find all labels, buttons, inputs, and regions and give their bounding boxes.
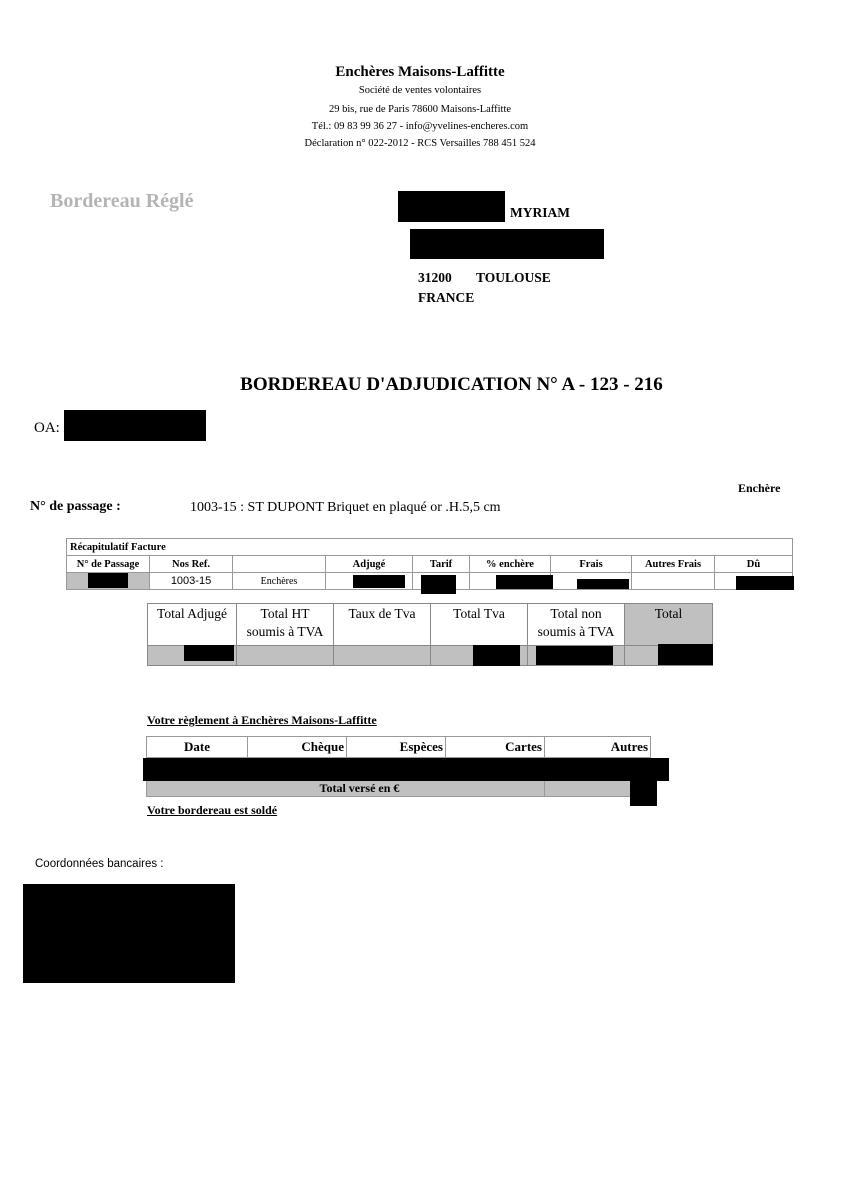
redacted-frais: [577, 579, 629, 589]
redacted-bank-details: [23, 884, 235, 983]
col-date: Date: [147, 737, 248, 758]
header-line: soumis à TVA: [538, 624, 615, 639]
redacted-total-verse: [630, 780, 657, 806]
total-tva-header: Total Tva: [431, 604, 528, 646]
col-especes: Espèces: [347, 737, 446, 758]
total-verse-label: Total versé en €: [147, 781, 545, 797]
total-adjuge-header: Total Adjugé: [148, 604, 237, 646]
passage-value: 1003-15 : ST DUPONT Briquet en plaqué or…: [190, 500, 501, 516]
total-non-soumis-header: Total nonsoumis à TVA: [528, 604, 625, 646]
payment-header-row: Date Chèque Espèces Cartes Autres: [147, 737, 651, 758]
col-passage: N° de Passage: [67, 556, 150, 573]
payment-status: Votre bordereau est soldé: [147, 803, 277, 818]
company-contact: Tél.: 09 83 99 36 27 - info@yvelines-enc…: [220, 121, 620, 132]
header-line: Total non: [550, 606, 601, 621]
redacted-total: [658, 644, 713, 665]
taux-tva-value: [334, 646, 431, 666]
cell-type: Enchères: [233, 573, 326, 590]
redacted-street: [410, 229, 604, 259]
recipient-country: FRANCE: [418, 290, 474, 306]
total-header: Total: [625, 604, 713, 646]
redacted-du: [736, 576, 794, 590]
col-du: Dû: [715, 556, 793, 573]
col-pct-enchere: % enchère: [470, 556, 551, 573]
payment-total-row: Total versé en €: [147, 781, 651, 797]
passage-label: N° de passage :: [30, 499, 121, 515]
col-adjuge: Adjugé: [326, 556, 413, 573]
oa-label: OA:: [34, 420, 60, 437]
document-title: BORDEREAU D'ADJUDICATION N° A - 123 - 21…: [0, 374, 848, 396]
header-line: soumis à TVA: [247, 624, 324, 639]
recipient-city: TOULOUSE: [476, 270, 551, 286]
taux-tva-header: Taux de Tva: [334, 604, 431, 646]
total-ht-header: Total HTsoumis à TVA: [237, 604, 334, 646]
col-frais: Frais: [551, 556, 632, 573]
redacted-adjuge: [353, 575, 405, 588]
col-cheque: Chèque: [248, 737, 347, 758]
cell-ref: 1003-15: [150, 573, 233, 590]
header-line: Total HT: [261, 606, 310, 621]
recipient-first-name: MYRIAM: [510, 205, 570, 221]
company-address: 29 bis, rue de Paris 78600 Maisons-Laffi…: [220, 104, 620, 115]
enchere-label: Enchère: [738, 481, 780, 496]
paid-stamp: Bordereau Réglé: [50, 190, 194, 213]
recap-header-row: N° de Passage Nos Ref. Adjugé Tarif % en…: [67, 556, 793, 573]
totals-header-row: Total Adjugé Total HTsoumis à TVA Taux d…: [148, 604, 713, 646]
col-autres: Autres: [545, 737, 651, 758]
redacted-tarif: [421, 575, 456, 594]
total-ht-value: [237, 646, 334, 666]
recipient-postal-code: 31200: [418, 270, 452, 286]
redacted-total-tva: [473, 645, 520, 666]
company-name: Enchères Maisons-Laffitte: [220, 64, 620, 81]
col-ref: Nos Ref.: [150, 556, 233, 573]
redacted-payment-row: [143, 758, 669, 781]
col-autres-frais: Autres Frais: [632, 556, 715, 573]
redacted-total-non-soumis: [536, 646, 613, 665]
company-subtitle: Société de ventes volontaires: [220, 85, 620, 96]
col-type: [233, 556, 326, 573]
company-declaration: Déclaration n° 022-2012 - RCS Versailles…: [220, 138, 620, 149]
recap-caption: Récapitulatif Facture: [67, 539, 793, 556]
redacted-pct-enchere: [496, 575, 553, 589]
bank-details-label: Coordonnées bancaires :: [35, 858, 164, 870]
cell-autres-frais: [632, 573, 715, 590]
redacted-last-name: [398, 191, 505, 222]
col-tarif: Tarif: [413, 556, 470, 573]
redacted-total-adjuge: [184, 645, 234, 661]
payment-title: Votre règlement à Enchères Maisons-Laffi…: [147, 713, 377, 728]
col-cartes: Cartes: [446, 737, 545, 758]
redacted-passage: [88, 573, 128, 588]
redacted-oa: [64, 410, 206, 441]
